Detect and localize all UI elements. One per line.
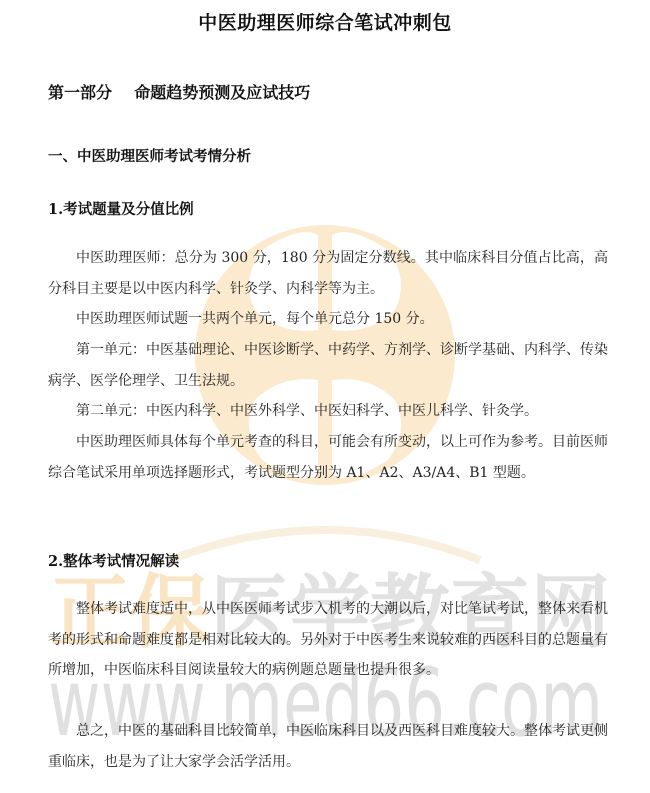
paragraph: 整体考试难度适中，从中医医师考试步入机考的大潮以后，对比笔试考试，整体来看机考的… <box>48 594 608 686</box>
document-title: 中医助理医师综合笔试冲刺包 <box>0 8 650 35</box>
part-title: 第一部分 命题趋势预测及应试技巧 <box>48 80 310 103</box>
paragraph: 总之，中医的基础科目比较简单，中医临床科目以及西医科目难度较大。整体考试更侧重临… <box>48 716 608 777</box>
paragraph: 第一单元：中医基础理论、中医诊断学、中药学、方剂学、诊断学基础、内科学、传染病学… <box>48 335 608 396</box>
subsection-heading-1: 1.考试题量及分值比例 <box>48 198 194 219</box>
paragraph: 中医助理医师试题一共两个单元，每个单元总分 150 分。 <box>48 304 608 335</box>
section-heading: 一、中医助理医师考试考情分析 <box>48 145 251 166</box>
subsection-heading-2: 2.整体考试情况解读 <box>48 550 179 571</box>
paragraph: 中医助理医师具体每个单元考查的科目，可能会有所变动，以上可作为参考。目前医师综合… <box>48 427 608 488</box>
paragraph: 中医助理医师：总分为 300 分，180 分为固定分数线。其中临床科目分值占比高… <box>48 243 608 304</box>
paragraph: 第二单元：中医内科学、中医外科学、中医妇科学、中医儿科学、针灸学。 <box>48 396 608 427</box>
